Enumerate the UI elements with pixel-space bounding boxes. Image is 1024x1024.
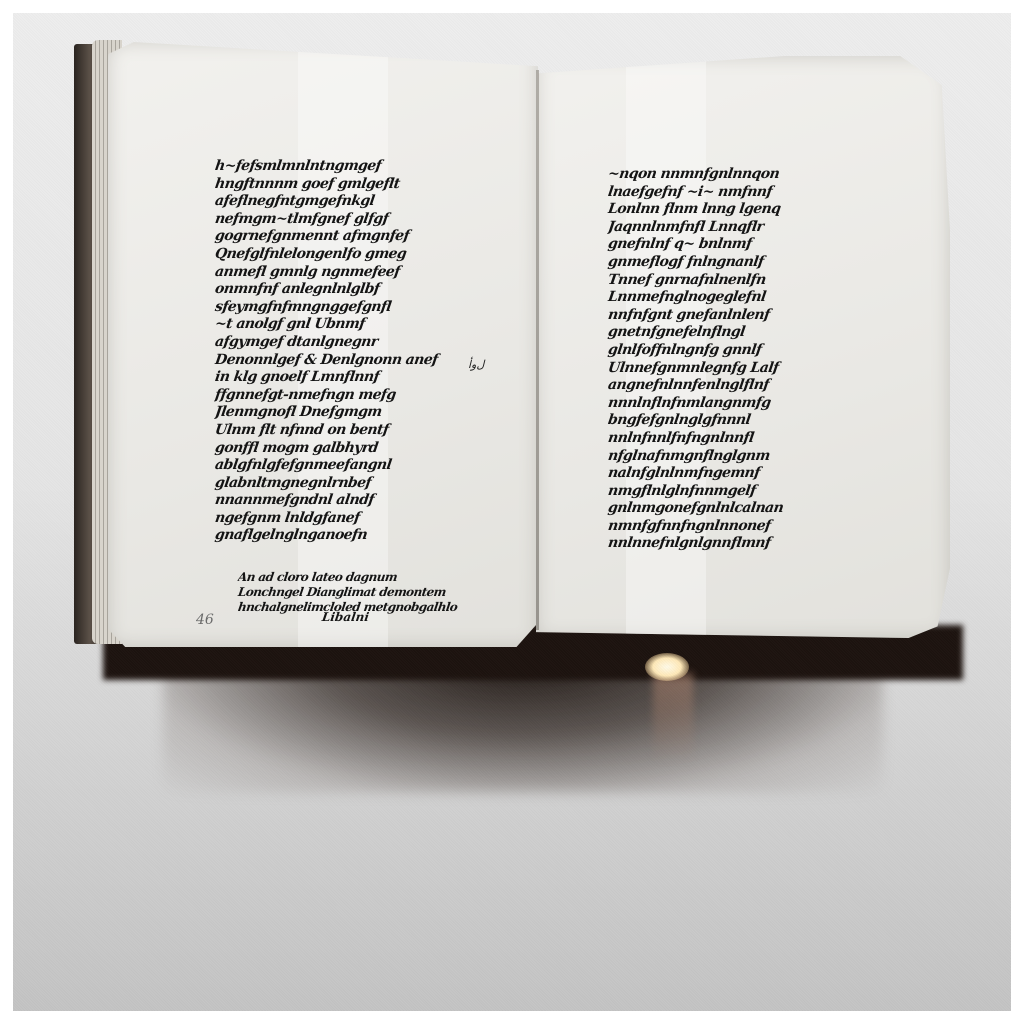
- script-line: [214, 440, 471, 458]
- colophon-line: Lonchngel Dianglimat demontem: [237, 585, 469, 600]
- script-line: [214, 527, 471, 545]
- colophon-line: An ad cloro lateo dagnum: [237, 570, 469, 585]
- book-gutter: [536, 70, 539, 630]
- script-line: [607, 465, 849, 483]
- script-line: [607, 412, 849, 430]
- light-reflection: [653, 673, 693, 763]
- script-line: [607, 184, 849, 202]
- script-line: [214, 475, 471, 493]
- signature: Libalni: [321, 610, 370, 624]
- script-line: [607, 360, 849, 378]
- script-line: [214, 176, 471, 194]
- script-line: [607, 307, 849, 325]
- script-line: [607, 500, 849, 518]
- colophon: An ad cloro lateo dagnum Lonchngel Diang…: [238, 570, 468, 615]
- script-line: [214, 492, 471, 510]
- script-line: [214, 352, 471, 370]
- script-line: [607, 201, 849, 219]
- left-page-text: [215, 158, 470, 545]
- script-line: [607, 377, 849, 395]
- script-line: [214, 457, 471, 475]
- script-line: [607, 166, 849, 184]
- script-line: [607, 483, 849, 501]
- script-line: [607, 236, 849, 254]
- script-line: [214, 158, 471, 176]
- script-line: [607, 535, 849, 553]
- script-line: [214, 510, 471, 528]
- script-line: [607, 518, 849, 536]
- light-glow: [645, 653, 689, 681]
- script-line: [607, 219, 849, 237]
- script-line: [214, 264, 471, 282]
- right-page-text: [608, 166, 848, 553]
- script-line: [214, 387, 471, 405]
- script-line: [607, 272, 849, 290]
- script-line: [607, 342, 849, 360]
- script-line: [214, 281, 471, 299]
- script-line: [214, 299, 471, 317]
- script-line: [607, 448, 849, 466]
- script-line: [214, 228, 471, 246]
- script-line: [607, 289, 849, 307]
- script-line: [214, 422, 471, 440]
- script-line: [607, 395, 849, 413]
- script-line: [607, 430, 849, 448]
- script-line: [607, 324, 849, 342]
- script-line: [214, 404, 471, 422]
- script-line: [607, 254, 849, 272]
- script-line: [214, 211, 471, 229]
- script-line: [214, 246, 471, 264]
- margin-note: ﻝﻭﺃ: [468, 358, 484, 371]
- script-line: [214, 334, 471, 352]
- script-line: [214, 193, 471, 211]
- script-line: [214, 316, 471, 334]
- script-line: [214, 369, 471, 387]
- folio-number: 46: [196, 612, 214, 628]
